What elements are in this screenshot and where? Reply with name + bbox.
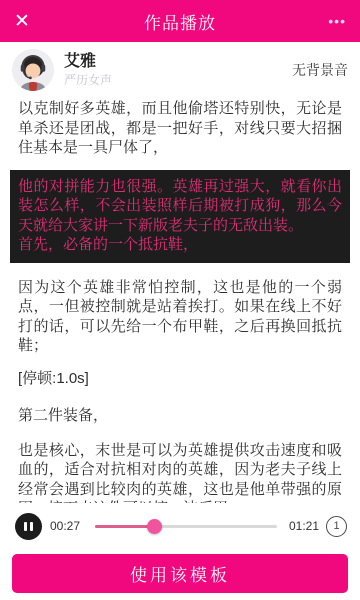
- highlighted-script-block: 他的对拼能力也很强。英雄再过强大，就看你出装怎么样，不会出装照样后期被打成狗，那…: [10, 170, 350, 263]
- voice-style-label: 严历女声: [64, 73, 292, 88]
- background-music-label[interactable]: 无背景音: [292, 60, 348, 80]
- work-playback-screen: ✕ 作品播放 ••• 艾雅 严历女声 无背景音 以: [0, 0, 360, 600]
- pause-icon: [30, 522, 33, 531]
- script-paragraph: 第二件装备，: [18, 406, 342, 426]
- use-template-button[interactable]: 使用该模板: [12, 554, 348, 593]
- close-icon[interactable]: ✕: [14, 12, 38, 31]
- highlighted-text: 他的对拼能力也很强。英雄再过强大，就看你出装怎么样，不会出装照样后期被打成狗，那…: [18, 178, 342, 234]
- bottom-action-area: 使用该模板: [0, 549, 360, 600]
- more-options-icon[interactable]: •••: [328, 14, 346, 28]
- avatar-girl-headset-icon: [12, 49, 54, 91]
- progress-slider[interactable]: [95, 518, 277, 534]
- slider-thumb[interactable]: [147, 519, 162, 534]
- highlighted-text-line2: 首先，必备的一个抵抗鞋，: [18, 235, 342, 255]
- pause-button[interactable]: [15, 513, 42, 540]
- avatar[interactable]: [12, 49, 54, 91]
- voice-name: 艾雅: [64, 52, 292, 72]
- total-time: 01:21: [289, 519, 319, 533]
- page-title: 作品播放: [144, 9, 216, 34]
- slider-fill: [95, 525, 155, 528]
- header-bar: ✕ 作品播放 •••: [0, 0, 360, 42]
- script-paragraph: 因为这个英雄非常怕控制，这也是他的一个弱点，一但被控制就是站着挨打。如果在线上不…: [18, 278, 342, 356]
- script-paragraph: 以克制好多英雄，而且他偷塔还特别快，无论是单杀还是团战，都是一把好手，对线只要大…: [18, 99, 342, 158]
- playback-speed-button[interactable]: 1: [326, 516, 347, 537]
- pause-icon: [24, 522, 27, 531]
- voice-profile-row: 艾雅 严历女声 无背景音: [0, 42, 360, 97]
- voice-info: 艾雅 严历女声: [64, 52, 292, 88]
- pause-marker: [停顿:1.0s]: [18, 369, 342, 389]
- script-text-area[interactable]: 以克制好多英雄，而且他偷塔还特别快，无论是单杀还是团战，都是一把好手，对线只要大…: [0, 99, 360, 503]
- script-paragraph: 也是核心，末世是可以为英雄提供攻击速度和吸血的，适合对抗相对肉的英雄，因为老夫子…: [18, 441, 342, 504]
- audio-player-bar: 00:27 01:21 1: [0, 503, 360, 549]
- current-time: 00:27: [50, 519, 85, 533]
